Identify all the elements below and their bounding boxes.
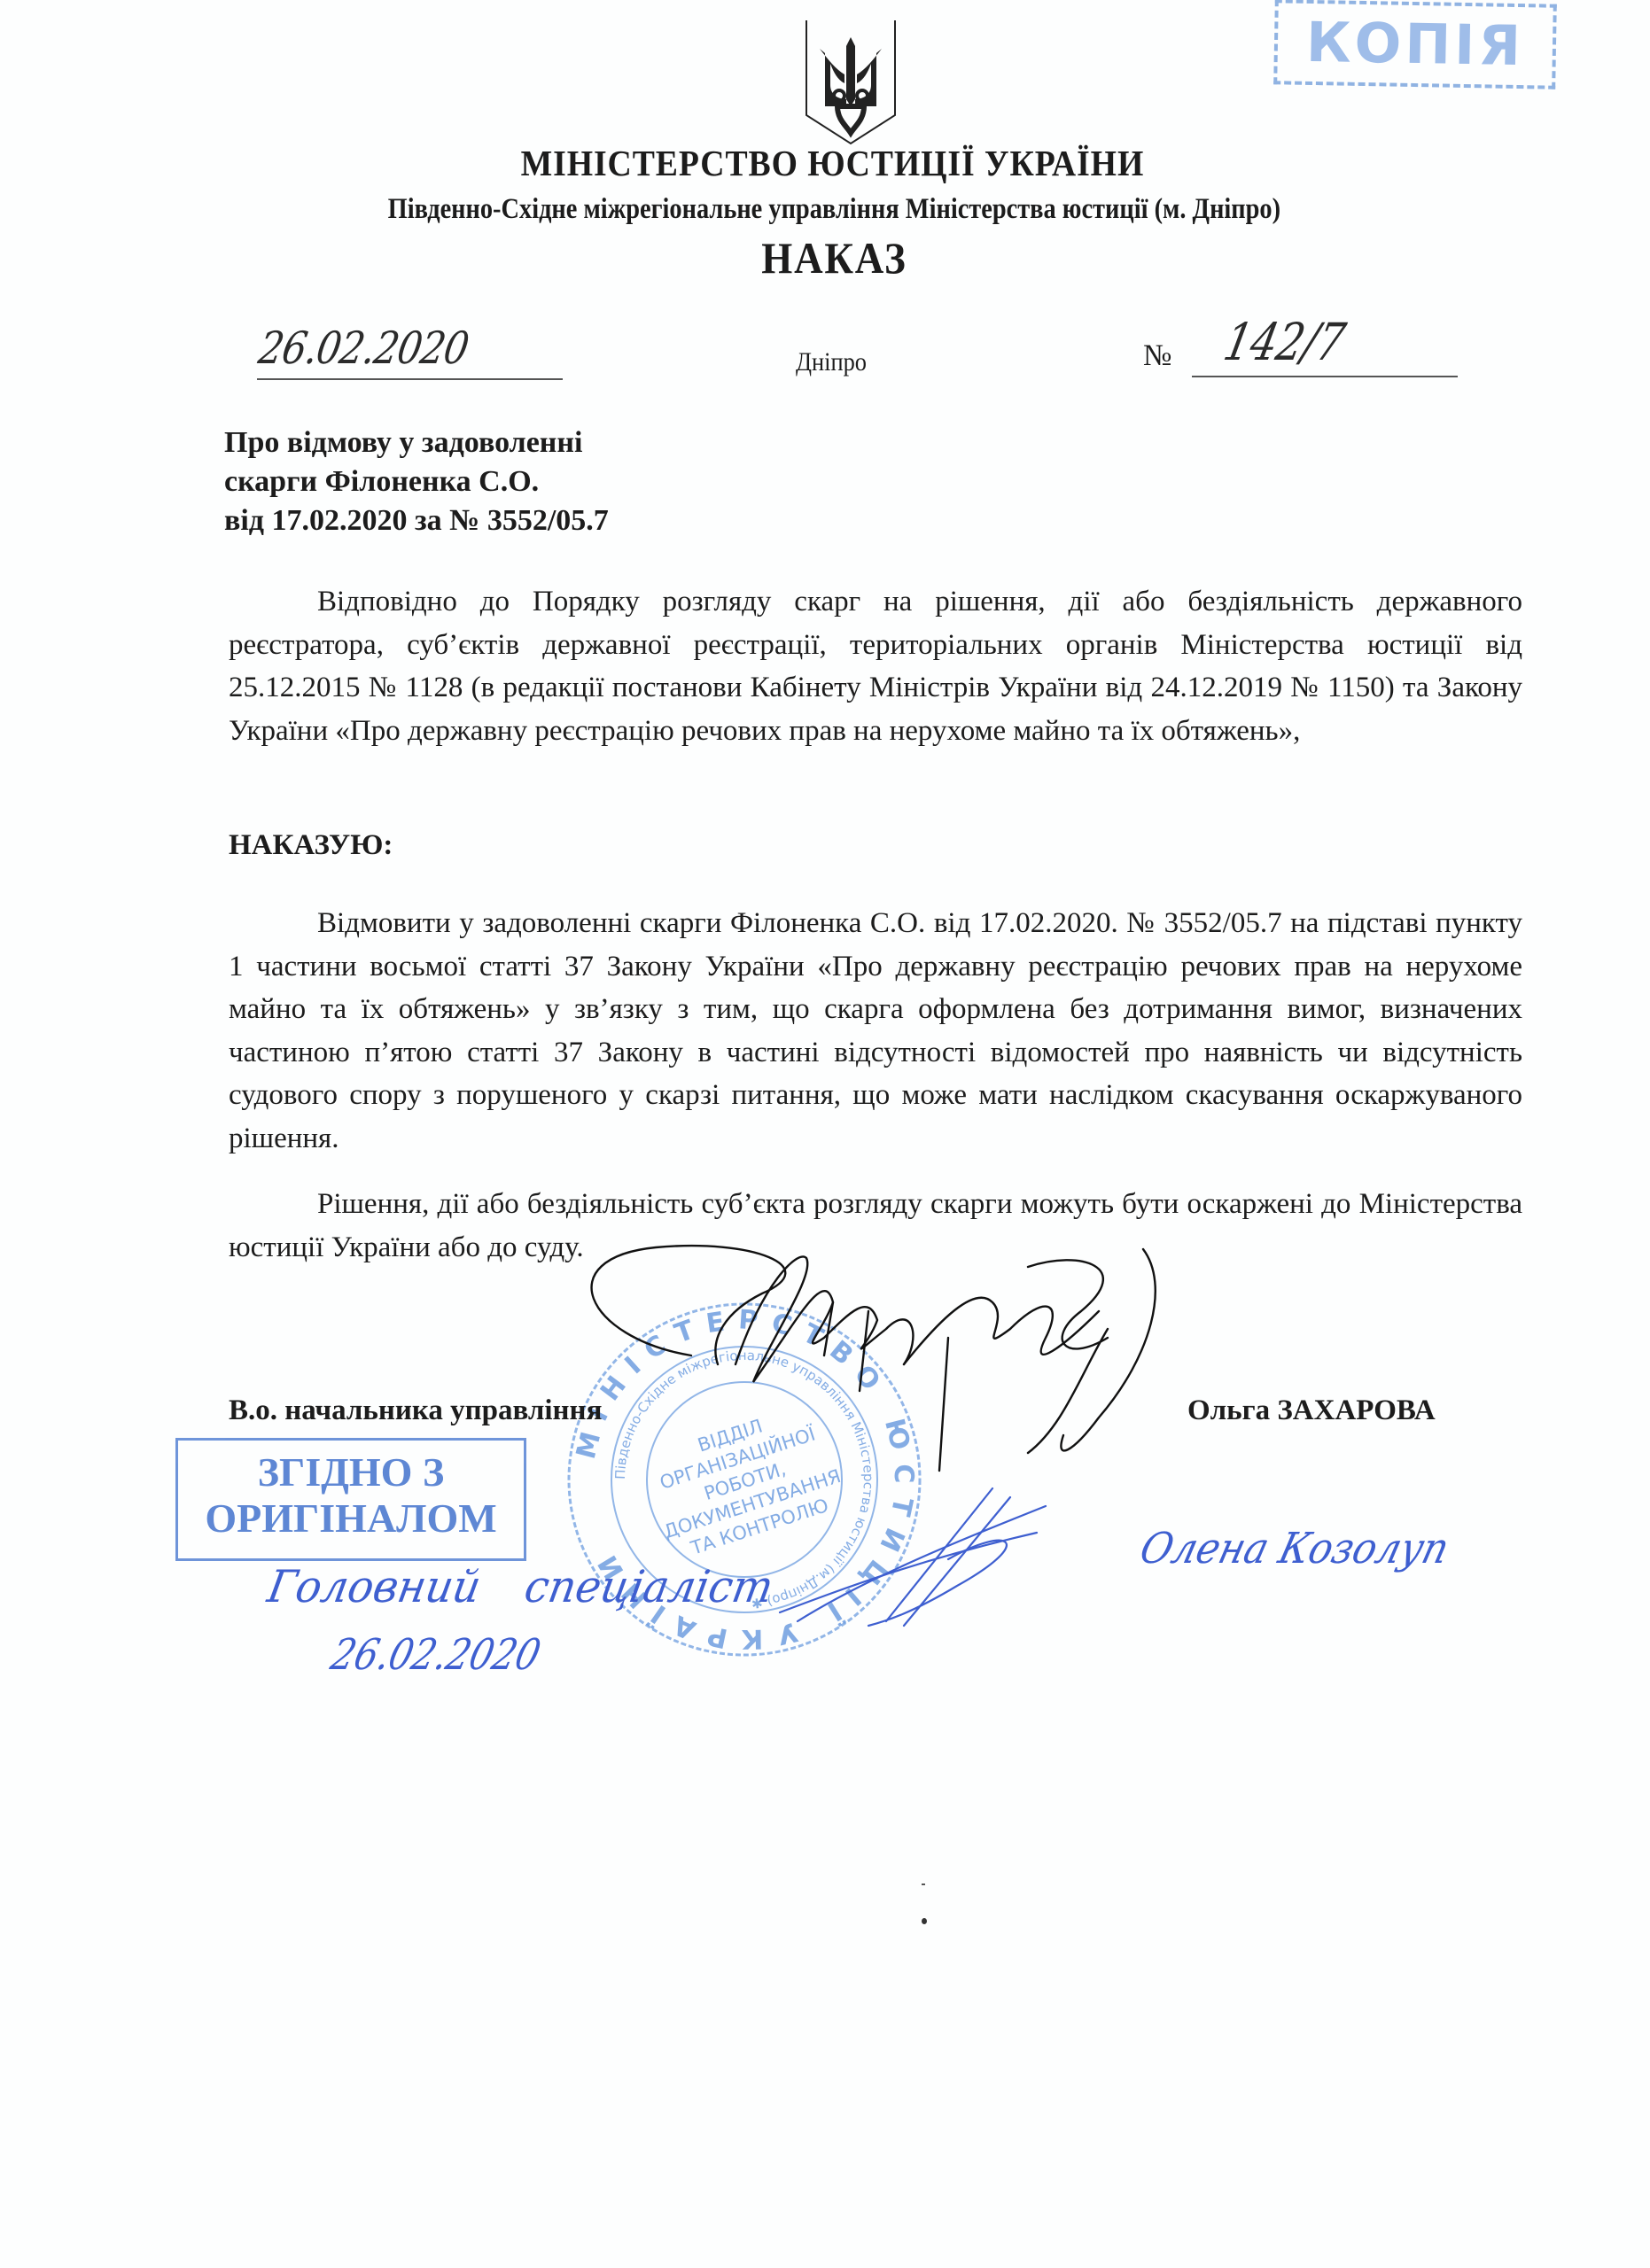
certified-date-note: 26.02.2020 [326, 1630, 546, 1680]
preamble-paragraph: Відповідно до Порядку розгляду скарг на … [229, 580, 1522, 752]
order-number: 142/7 [1219, 312, 1350, 372]
orders-heading: НАКАЗУЮ: [229, 829, 393, 862]
number-underline [1192, 376, 1458, 377]
subject-line: скарги Філоненка С.О. [224, 462, 609, 501]
certifier-position-note: Головний [264, 1561, 485, 1612]
date-underline [257, 378, 563, 380]
certified-copy-stamp: ЗГІДНО З ОРИГІНАЛОМ [175, 1438, 526, 1561]
department-title: Південно-Східне міжрегіональне управлінн… [125, 193, 1544, 226]
subject-line: Про відмову у задоволенні [224, 423, 609, 462]
order-date: 26.02.2020 [255, 322, 472, 374]
scan-speck [922, 1918, 927, 1924]
subject-line: від 17.02.2020 за № 3552/05.7 [224, 501, 609, 540]
copy-stamp: КОПІЯ [1273, 0, 1557, 89]
certifier-name-note: Олена Козолуп [1135, 1524, 1454, 1573]
certifier-position-note-2: спеціаліст [521, 1561, 777, 1612]
decision-paragraph: Відмовити у задоволенні скарги Філоненка… [229, 902, 1522, 1160]
scan-speck [922, 1884, 925, 1885]
order-subject: Про відмову у задоволенні скарги Філонен… [224, 423, 609, 540]
city: Дніпро [796, 347, 867, 377]
certifier-signature [780, 1488, 1063, 1630]
signature-scribble [532, 1231, 1241, 1480]
document-type: НАКАЗ [92, 232, 1577, 283]
coat-of-arms-icon [802, 18, 899, 146]
number-sign: № [1143, 339, 1171, 373]
ministry-title: МІНІСТЕРСТВО ЮСТИЦІЇ УКРАЇНИ [74, 142, 1592, 184]
